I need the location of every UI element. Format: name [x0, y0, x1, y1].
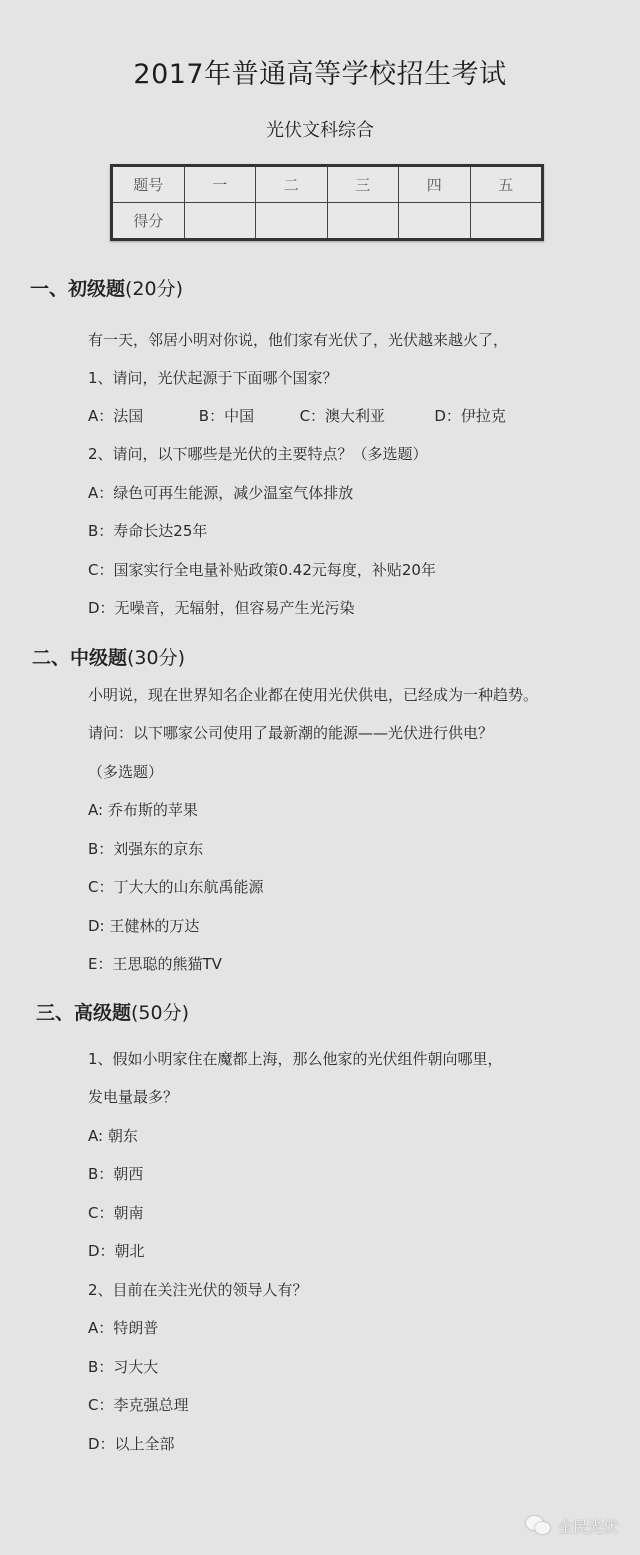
score-table-cell: 一	[184, 166, 256, 203]
score-table-cell: 得分	[112, 203, 185, 240]
section-heading-text: 二、中级题	[32, 647, 127, 669]
section-3-heading: 三、高级题(50分)	[36, 998, 189, 1025]
option: C：李克强总理	[88, 1394, 188, 1415]
exam-title: 2017年普通高等学校招生考试	[0, 52, 640, 91]
section-1-heading: 一、初级题(20分)	[30, 274, 183, 301]
option: B：中国	[199, 405, 295, 426]
option: D：无噪音，无辐射，但容易产生光污染	[88, 597, 355, 618]
section-points: (30分)	[127, 647, 185, 669]
score-table-cell: 四	[399, 166, 471, 203]
score-table-cell	[399, 203, 471, 240]
score-table-header-row: 题号 一 二 三 四 五	[112, 166, 543, 203]
section-3-q1: 1、假如小明家住在魔都上海，那么他家的光伏组件朝向哪里，	[88, 1048, 503, 1069]
option: A：特朗普	[88, 1317, 158, 1338]
section-2-heading: 二、中级题(30分)	[32, 643, 185, 670]
score-table-cell	[184, 203, 256, 240]
section-points: (50分)	[131, 1002, 189, 1024]
section-1-q1: 1、请问，光伏起源于下面哪个国家？	[88, 367, 338, 388]
score-table-cell: 二	[256, 166, 328, 203]
section-points: (20分)	[125, 278, 183, 300]
option: A：法国	[88, 405, 194, 426]
score-table: 题号 一 二 三 四 五 得分	[110, 164, 544, 241]
option: A: 乔布斯的苹果	[88, 799, 198, 820]
score-table-cell	[327, 203, 399, 240]
option: D：伊拉克	[434, 405, 506, 426]
option: E：王思聪的熊猫TV	[88, 953, 222, 974]
section-2-intro: 小明说，现在世界知名企业都在使用光伏供电，已经成为一种趋势。	[88, 684, 538, 705]
option: B：朝西	[88, 1163, 143, 1184]
section-1-q1-options: A：法国 B：中国 C：澳大利亚 D：伊拉克	[88, 405, 506, 426]
section-heading-text: 三、高级题	[36, 1002, 131, 1024]
score-table-cell	[470, 203, 543, 240]
section-2-multi-note: （多选题）	[88, 761, 163, 782]
wechat-icon	[526, 1516, 552, 1536]
score-table-score-row: 得分	[112, 203, 543, 240]
section-1-intro: 有一天，邻居小明对你说，他们家有光伏了，光伏越来越火了，	[88, 329, 508, 350]
watermark: 全民光伏	[526, 1515, 618, 1537]
option: D: 王健林的万达	[88, 915, 199, 936]
option: A: 朝东	[88, 1125, 138, 1146]
section-3-q2: 2、目前在关注光伏的领导人有？	[88, 1279, 308, 1300]
watermark-text: 全民光伏	[558, 1516, 618, 1537]
option: C：丁大大的山东航禹能源	[88, 876, 263, 897]
option: B：习大大	[88, 1356, 158, 1377]
option: A：绿色可再生能源，减少温室气体排放	[88, 482, 353, 503]
section-3-q1-cont: 发电量最多？	[88, 1086, 178, 1107]
option: B：寿命长达25年	[88, 520, 207, 541]
score-table-cell: 五	[470, 166, 543, 203]
section-2-question: 请问：以下哪家公司使用了最新潮的能源——光伏进行供电？	[88, 722, 493, 743]
option: B：刘强东的京东	[88, 838, 203, 859]
option: C：朝南	[88, 1202, 143, 1223]
section-1-q2: 2、请问，以下哪些是光伏的主要特点？（多选题）	[88, 443, 428, 464]
score-table-cell: 题号	[112, 166, 185, 203]
exam-subtitle: 光伏文科综合	[0, 116, 640, 142]
score-table-cell	[256, 203, 328, 240]
option: C：澳大利亚	[300, 405, 430, 426]
option: D：朝北	[88, 1240, 145, 1261]
option: D：以上全部	[88, 1433, 175, 1454]
score-table-cell: 三	[327, 166, 399, 203]
section-heading-text: 一、初级题	[30, 278, 125, 300]
option: C：国家实行全电量补贴政策0.42元每度，补贴20年	[88, 559, 436, 580]
